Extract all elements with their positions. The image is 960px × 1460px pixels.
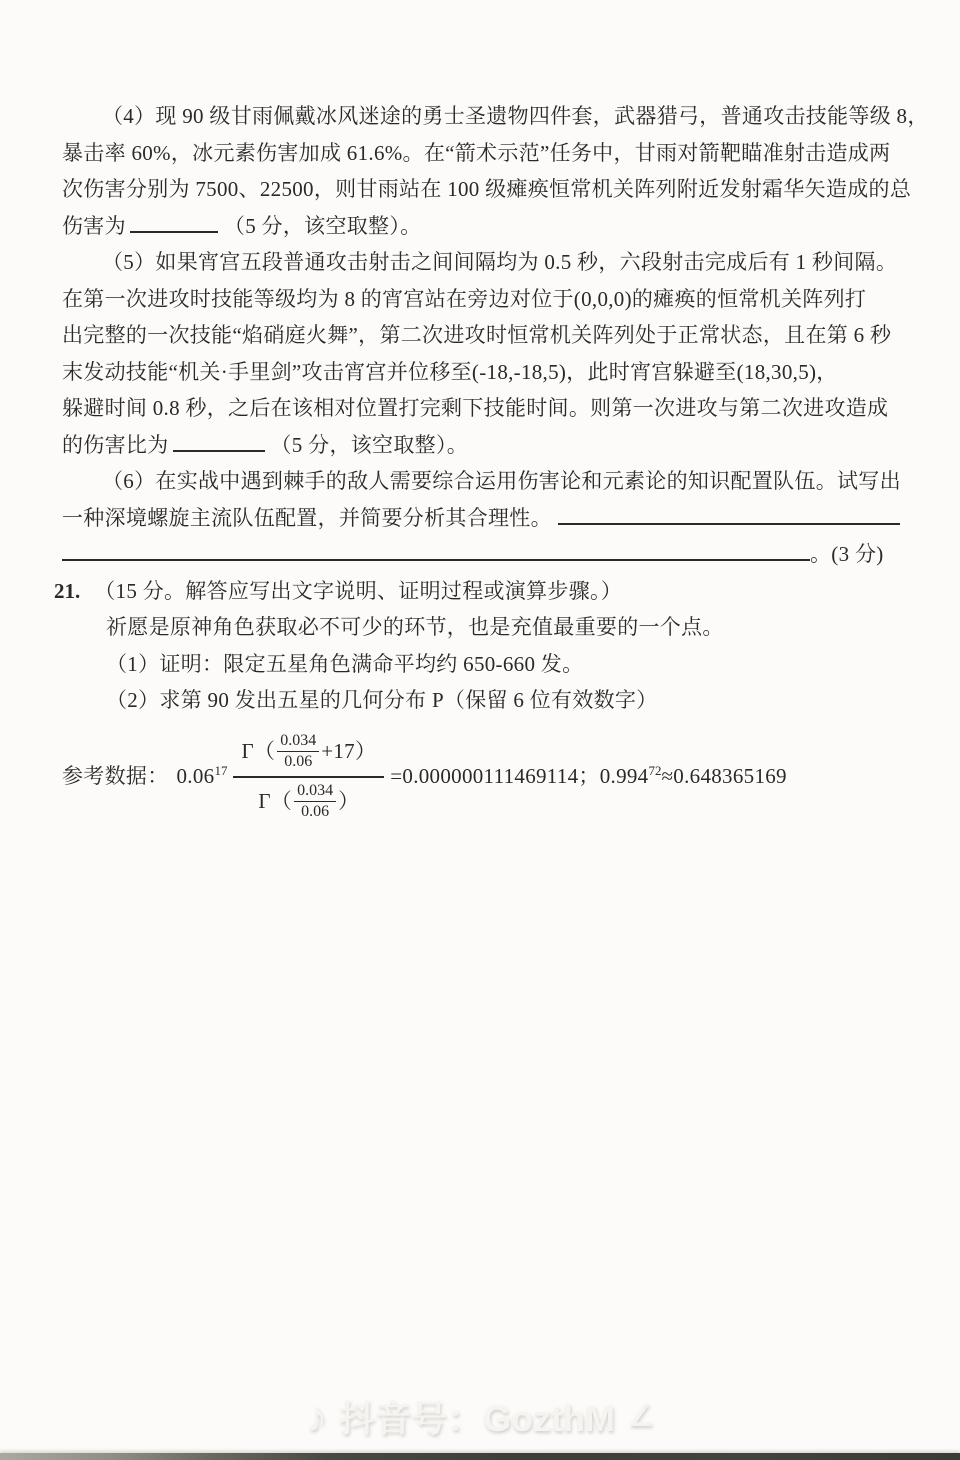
text-line: 末发动技能“机关·手里剑”攻击宵宫并位移至(-18,-18,5)，此时宵宫躲避至… [62, 354, 900, 391]
gamma-symbol: Γ [241, 739, 253, 764]
answer-blank [173, 430, 265, 452]
formula-exponent: 17 [214, 763, 227, 778]
douyin-note-icon: ♪ [306, 1396, 327, 1438]
paren: （ [254, 739, 275, 764]
formula-label: 参考数据： [62, 764, 169, 789]
question-20-part-4: （4）现 90 级甘雨佩戴冰风迷途的勇士圣遗物四件套，武器猎弓，普通攻击技能等级… [62, 98, 900, 244]
photo-bottom-edge [0, 1453, 960, 1460]
formula-result-2: ≈0.648365169 [661, 764, 786, 789]
exam-paper-page: （4）现 90 级甘雨佩戴冰风迷途的勇士圣遗物四件套，武器猎弓，普通攻击技能等级… [0, 0, 960, 1460]
text-line: （5）如果宵宫五段普通攻击射击之间间隔均为 0.5 秒，六段射击完成后有 1 秒… [62, 244, 900, 281]
inner-numerator: 0.034 [294, 782, 336, 802]
formula-result: =0.000000111469114； [390, 764, 599, 789]
fraction-numerator: Γ（0.0340.06+17） [233, 732, 384, 778]
inner-numerator: 0.034 [277, 732, 319, 752]
gamma-symbol: Γ [258, 789, 270, 814]
question-21: 21.（15 分。解答应写出文字说明、证明过程或演算步骤。） 祈愿是原神角色获取… [62, 573, 900, 825]
text-line: 出完整的一次技能“焰硝庭火舞”，第二次进攻时恒常机关阵列处于正常状态，且在第 6… [62, 317, 900, 354]
question-20-part-5: （5）如果宵宫五段普通攻击射击之间间隔均为 0.5 秒，六段射击完成后有 1 秒… [62, 244, 900, 463]
score-note: 。(3 分) [810, 542, 884, 566]
numerator-tail: +17） [321, 739, 376, 764]
question-21-item-1: （1）证明：限定五星角色满命平均约 650-660 发。 [62, 646, 900, 683]
text-line: 在第一次进攻时技能等级均为 8 的宵宫站在旁边对位于(0,0,0)的瘫痪的恒常机… [62, 281, 900, 318]
question-21-heading: 21.（15 分。解答应写出文字说明、证明过程或演算步骤。） [62, 573, 900, 610]
inner-fraction: 0.0340.06 [294, 782, 336, 822]
inner-denominator: 0.06 [301, 802, 329, 821]
formula-power-term: 0.0617 [177, 763, 228, 789]
formula-base: 0.06 [177, 764, 215, 788]
answer-line-continued: 。(3 分) [62, 536, 900, 573]
question-21-intro: 祈愿是原神角色获取必不可少的环节，也是充值最重要的一个点。 [62, 609, 900, 646]
reference-data-formula: 参考数据： 0.0617 Γ（0.0340.06+17） Γ（0.0340.06… [62, 729, 900, 825]
answer-blank [130, 211, 218, 233]
text-segment: 的伤害比为 [62, 433, 169, 457]
douyin-watermark: ♪ 抖音号：GozthM ∠ [306, 1391, 654, 1442]
answer-line: 伤害为（5 分，该空取整）。 [62, 208, 900, 245]
watermark-trailing-mark: ∠ [627, 1399, 654, 1434]
text-line: （6）在实战中遇到棘手的敌人需要综合运用伤害论和元素论的知识配置队伍。试写出 [62, 463, 900, 500]
inner-fraction: 0.0340.06 [277, 732, 319, 772]
text-line: 躲避时间 0.8 秒，之后在该相对位置打完剩下技能时间。则第一次进攻与第二次进攻… [62, 390, 900, 427]
score-note: （5 分，该空取整）。 [271, 433, 469, 457]
formula-power-term-2: 0.99472 [600, 763, 662, 789]
denominator-tail: ） [338, 789, 359, 814]
formula-exponent: 72 [648, 763, 661, 778]
text-segment: 伤害为 [62, 214, 126, 238]
gamma-ratio-fraction: Γ（0.0340.06+17） Γ（0.0340.06） [233, 732, 384, 822]
paren: （ [271, 789, 292, 814]
text-line: （4）现 90 级甘雨佩戴冰风迷途的勇士圣遗物四件套，武器猎弓，普通攻击技能等级… [62, 98, 900, 135]
question-instructions: （15 分。解答应写出文字说明、证明过程或演算步骤。） [94, 579, 622, 603]
text-line: 次伤害分别为 7500、22500，则甘雨站在 100 级瘫痪恒常机关阵列附近发… [62, 171, 900, 208]
text-line: 暴击率 60%，冰元素伤害加成 61.6%。在“箭术示范”任务中，甘雨对箭靶瞄准… [62, 135, 900, 172]
text-segment: 一种深境螺旋主流队伍配置，并简要分析其合理性。 [62, 500, 552, 537]
answer-blank [558, 503, 900, 525]
fraction-denominator: Γ（0.0340.06） [258, 778, 359, 822]
question-20-part-6: （6）在实战中遇到棘手的敌人需要综合运用伤害论和元素论的知识配置队伍。试写出 一… [62, 463, 900, 573]
text-line-with-blank: 一种深境螺旋主流队伍配置，并简要分析其合理性。 [62, 500, 900, 537]
question-number: 21. [54, 579, 80, 603]
score-note: （5 分，该空取整）。 [224, 214, 422, 238]
answer-blank [62, 539, 810, 561]
watermark-text: 抖音号：GozthM [339, 1391, 615, 1442]
answer-line: 的伤害比为（5 分，该空取整）。 [62, 427, 900, 464]
question-21-item-2: （2）求第 90 发出五星的几何分布 P（保留 6 位有效数字） [62, 682, 900, 719]
formula-base: 0.994 [600, 764, 649, 788]
inner-denominator: 0.06 [284, 752, 312, 771]
exam-content: （4）现 90 级甘雨佩戴冰风迷途的勇士圣遗物四件套，武器猎弓，普通攻击技能等级… [62, 98, 900, 825]
